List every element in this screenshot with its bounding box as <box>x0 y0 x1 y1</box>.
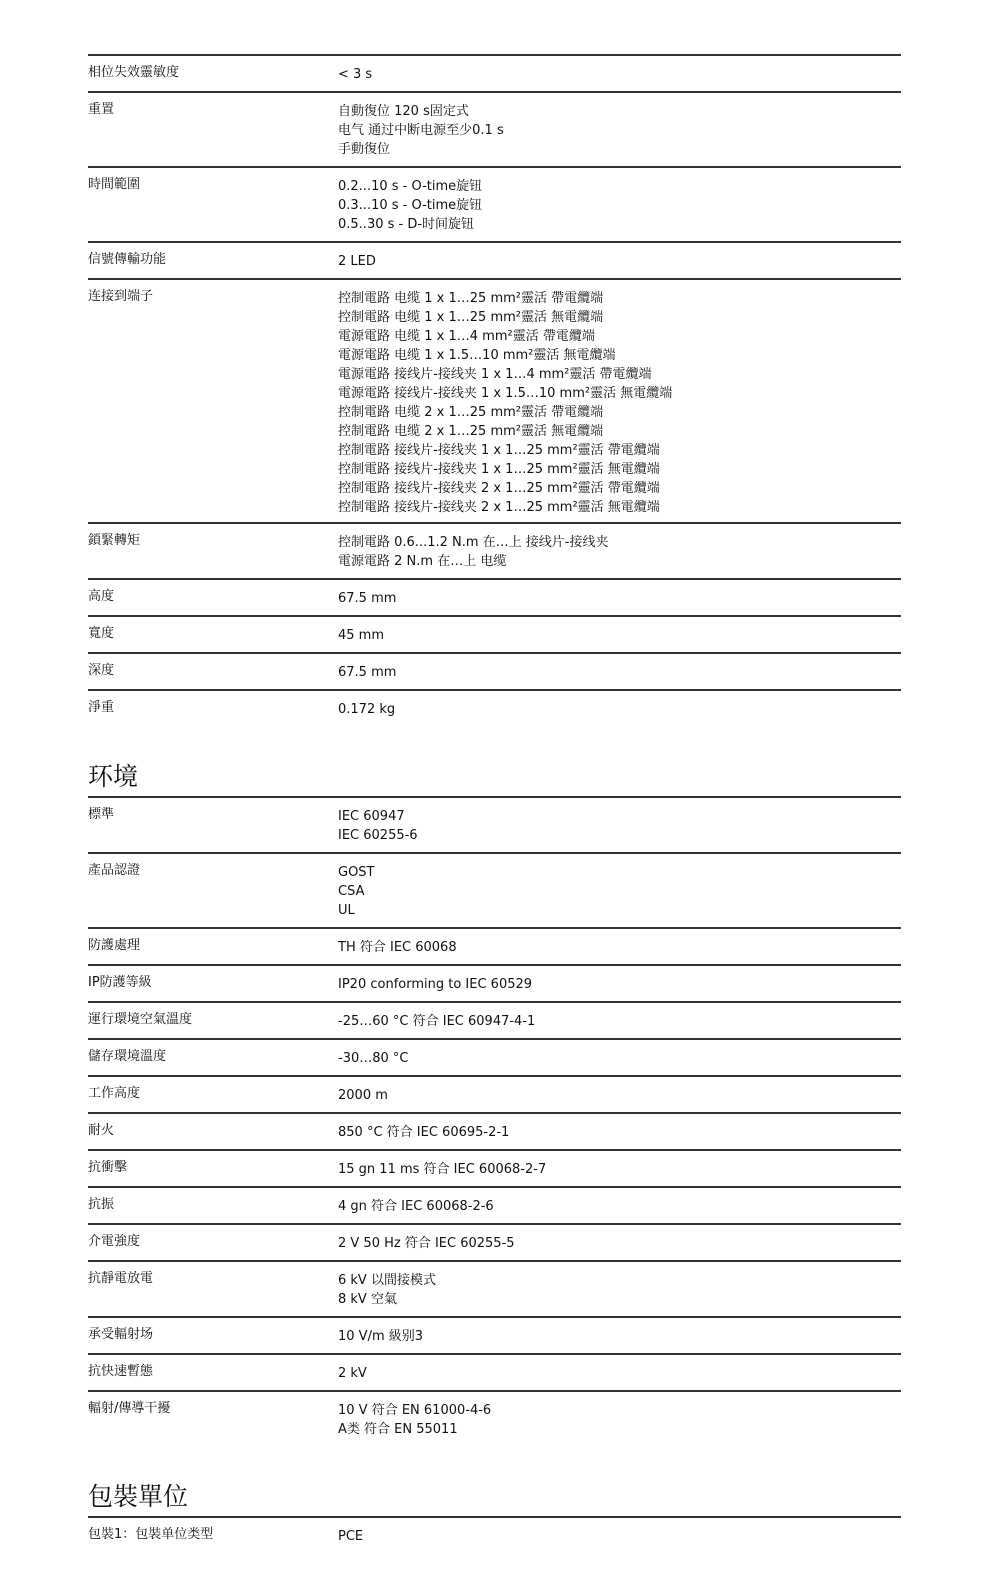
spec-value: TH 符合 IEC 60068 <box>338 936 457 957</box>
spec-value-line: 0.172 kg <box>338 700 395 719</box>
spec-value-line: 0.2...10 s - O-time旋钮 <box>338 177 482 196</box>
spec-label: 抗快速暫態 <box>88 1362 338 1383</box>
spec-label: 耐火 <box>88 1121 338 1142</box>
spec-value: 2000 m <box>338 1084 388 1105</box>
spec-value: 0.172 kg <box>338 698 395 719</box>
spec-row: 標準IEC 60947IEC 60255-6 <box>88 796 901 852</box>
spec-value-line: 67.5 mm <box>338 589 396 608</box>
spec-label: IP防護等級 <box>88 973 338 994</box>
spec-value: 6 kV 以間接模式8 kV 空氣 <box>338 1269 436 1309</box>
spec-value-line: 控制電路 0.6...1.2 N.m 在…上 接线片-接线夹 <box>338 533 609 552</box>
section-title: 环境 <box>88 762 901 792</box>
spec-value-line: 电气 通过中断电源至少0.1 s <box>338 121 504 140</box>
spec-row: 信號傳輸功能2 LED <box>88 241 901 278</box>
spec-label: 深度 <box>88 661 338 682</box>
spec-value: 控制電路 电缆 1 x 1…25 mm²靈活 帶電纜端控制電路 电缆 1 x 1… <box>338 287 672 515</box>
spec-label: 介電強度 <box>88 1232 338 1253</box>
spec-label: 抗靜電放電 <box>88 1269 338 1309</box>
spec-value-line: GOST <box>338 863 375 882</box>
spec-value-line: 15 gn 11 ms 符合 IEC 60068-2-7 <box>338 1160 546 1179</box>
spec-value-line: 0.3...10 s - O-time旋钮 <box>338 196 482 215</box>
spec-value-line: 自動復位 120 s固定式 <box>338 102 504 121</box>
spec-value-line: TH 符合 IEC 60068 <box>338 938 457 957</box>
spec-label: 鎖緊轉矩 <box>88 531 338 571</box>
spec-value-line: 控制電路 接线片-接线夹 1 x 1…25 mm²靈活 無電纜端 <box>338 460 672 479</box>
spec-row: 介電強度2 V 50 Hz 符合 IEC 60255-5 <box>88 1223 901 1260</box>
spec-document: 相位失效靈敏度< 3 s重置自動復位 120 s固定式电气 通过中断电源至少0.… <box>88 54 901 1553</box>
spec-row: 连接到端子控制電路 电缆 1 x 1…25 mm²靈活 帶電纜端控制電路 电缆 … <box>88 278 901 522</box>
spec-row: 寬度45 mm <box>88 615 901 652</box>
spec-value: 控制電路 0.6...1.2 N.m 在…上 接线片-接线夹電源電路 2 N.m… <box>338 531 609 571</box>
spec-value: -30…80 °C <box>338 1047 408 1068</box>
spec-label: 工作高度 <box>88 1084 338 1105</box>
spec-row: 淨重0.172 kg <box>88 689 901 726</box>
spec-value: 67.5 mm <box>338 587 396 608</box>
spec-value: 2 LED <box>338 250 376 271</box>
spec-value-line: 2 V 50 Hz 符合 IEC 60255-5 <box>338 1234 515 1253</box>
spec-value: 自動復位 120 s固定式电气 通过中断电源至少0.1 s手動復位 <box>338 100 504 159</box>
spec-value-line: 控制電路 接线片-接线夹 2 x 1…25 mm²靈活 無電纜端 <box>338 498 672 517</box>
spec-value: 2 kV <box>338 1362 367 1383</box>
spec-value-line: 8 kV 空氣 <box>338 1290 436 1309</box>
spec-row: 包裝1：包裝单位类型PCE <box>88 1516 901 1553</box>
spec-value-line: -30…80 °C <box>338 1049 408 1068</box>
spec-row: 耐火850 °C 符合 IEC 60695-2-1 <box>88 1112 901 1149</box>
spec-value: 10 V 符合 EN 61000-4-6A类 符合 EN 55011 <box>338 1399 491 1439</box>
spec-label: 包裝1：包裝单位类型 <box>88 1525 338 1546</box>
spec-value-line: 手動復位 <box>338 140 504 159</box>
spec-value-line: 10 V/m 級别3 <box>338 1327 423 1346</box>
spec-value-line: PCE <box>338 1527 363 1546</box>
spec-value: -25…60 °C 符合 IEC 60947-4-1 <box>338 1010 535 1031</box>
spec-row: 相位失效靈敏度< 3 s <box>88 54 901 91</box>
spec-value-line: 控制電路 电缆 1 x 1…25 mm²靈活 無電纜端 <box>338 308 672 327</box>
spec-row: IP防護等級IP20 conforming to IEC 60529 <box>88 964 901 1001</box>
spec-section: 包裝單位包裝1：包裝单位类型PCE <box>88 1482 901 1553</box>
spec-value-line: 850 °C 符合 IEC 60695-2-1 <box>338 1123 509 1142</box>
spec-value: 2 V 50 Hz 符合 IEC 60255-5 <box>338 1232 515 1253</box>
spec-value-line: 電源電路 接线片-接线夹 1 x 1.5…10 mm²靈活 無電纜端 <box>338 384 672 403</box>
spec-value: 10 V/m 級别3 <box>338 1325 423 1346</box>
spec-row: 高度67.5 mm <box>88 578 901 615</box>
spec-value-line: 控制電路 电缆 1 x 1…25 mm²靈活 帶電纜端 <box>338 289 672 308</box>
spec-value-line: IP20 conforming to IEC 60529 <box>338 975 532 994</box>
spec-value-line: 45 mm <box>338 626 384 645</box>
spec-row: 深度67.5 mm <box>88 652 901 689</box>
spec-row: 重置自動復位 120 s固定式电气 通过中断电源至少0.1 s手動復位 <box>88 91 901 166</box>
spec-label: 抗振 <box>88 1195 338 1216</box>
spec-label: 產品認證 <box>88 861 338 920</box>
spec-value-line: 控制電路 接线片-接线夹 1 x 1…25 mm²靈活 帶電纜端 <box>338 441 672 460</box>
spec-value: PCE <box>338 1525 363 1546</box>
spec-value-line: 電源電路 接线片-接线夹 1 x 1…4 mm²靈活 帶電纜端 <box>338 365 672 384</box>
spec-value: IP20 conforming to IEC 60529 <box>338 973 532 994</box>
spec-row: 輻射/傳導干擾10 V 符合 EN 61000-4-6A类 符合 EN 5501… <box>88 1390 901 1446</box>
spec-row: 運行環境空氣溫度-25…60 °C 符合 IEC 60947-4-1 <box>88 1001 901 1038</box>
spec-value-line: 2 kV <box>338 1364 367 1383</box>
spec-value-line: 電源電路 电缆 1 x 1.5…10 mm²靈活 無電纜端 <box>338 346 672 365</box>
spec-row: 時間範圍0.2...10 s - O-time旋钮0.3...10 s - O-… <box>88 166 901 241</box>
spec-row: 儲存環境溫度-30…80 °C <box>88 1038 901 1075</box>
spec-value-line: 2 LED <box>338 252 376 271</box>
spec-value-line: 10 V 符合 EN 61000-4-6 <box>338 1401 491 1420</box>
spec-value-line: -25…60 °C 符合 IEC 60947-4-1 <box>338 1012 535 1031</box>
spec-value-line: 2000 m <box>338 1086 388 1105</box>
spec-value-line: < 3 s <box>338 65 372 84</box>
spec-value-line: 67.5 mm <box>338 663 396 682</box>
spec-value: GOSTCSAUL <box>338 861 375 920</box>
spec-label: 時間範圍 <box>88 175 338 234</box>
spec-section: 环境標準IEC 60947IEC 60255-6產品認證GOSTCSAUL防護處… <box>88 762 901 1446</box>
spec-label: 淨重 <box>88 698 338 719</box>
spec-label: 寬度 <box>88 624 338 645</box>
spec-label: 承受輻射场 <box>88 1325 338 1346</box>
spec-value-line: 0.5..30 s - D-时间旋钮 <box>338 215 482 234</box>
spec-value-line: CSA <box>338 882 375 901</box>
spec-row: 產品認證GOSTCSAUL <box>88 852 901 927</box>
spec-value: 4 gn 符合 IEC 60068-2-6 <box>338 1195 494 1216</box>
spec-value-line: 控制電路 电缆 2 x 1…25 mm²靈活 帶電纜端 <box>338 403 672 422</box>
spec-label: 運行環境空氣溫度 <box>88 1010 338 1031</box>
spec-label: 抗衝擊 <box>88 1158 338 1179</box>
spec-value-line: IEC 60947 <box>338 807 418 826</box>
section-title: 包裝單位 <box>88 1482 901 1512</box>
spec-label: 防護處理 <box>88 936 338 957</box>
spec-row: 抗振4 gn 符合 IEC 60068-2-6 <box>88 1186 901 1223</box>
spec-row: 抗靜電放電6 kV 以間接模式8 kV 空氣 <box>88 1260 901 1316</box>
spec-value-line: 電源電路 2 N.m 在…上 电缆 <box>338 552 609 571</box>
spec-value-line: A类 符合 EN 55011 <box>338 1420 491 1439</box>
spec-value-line: 控制電路 接线片-接线夹 2 x 1…25 mm²靈活 帶電纜端 <box>338 479 672 498</box>
spec-value-line: 控制電路 电缆 2 x 1…25 mm²靈活 無電纜端 <box>338 422 672 441</box>
spec-row: 抗快速暫態2 kV <box>88 1353 901 1390</box>
spec-row: 鎖緊轉矩控制電路 0.6...1.2 N.m 在…上 接线片-接线夹電源電路 2… <box>88 522 901 578</box>
spec-label: 连接到端子 <box>88 287 338 515</box>
spec-value-line: 4 gn 符合 IEC 60068-2-6 <box>338 1197 494 1216</box>
spec-value: 45 mm <box>338 624 384 645</box>
spec-row: 工作高度2000 m <box>88 1075 901 1112</box>
spec-label: 高度 <box>88 587 338 608</box>
spec-value: 0.2...10 s - O-time旋钮0.3...10 s - O-time… <box>338 175 482 234</box>
spec-label: 儲存環境溫度 <box>88 1047 338 1068</box>
spec-value-line: UL <box>338 901 375 920</box>
spec-row: 防護處理TH 符合 IEC 60068 <box>88 927 901 964</box>
spec-value-line: 電源電路 电缆 1 x 1…4 mm²靈活 帶電纜端 <box>338 327 672 346</box>
spec-value: 15 gn 11 ms 符合 IEC 60068-2-7 <box>338 1158 546 1179</box>
spec-row: 承受輻射场10 V/m 級别3 <box>88 1316 901 1353</box>
spec-label: 重置 <box>88 100 338 159</box>
spec-label: 標準 <box>88 805 338 845</box>
spec-row: 抗衝擊15 gn 11 ms 符合 IEC 60068-2-7 <box>88 1149 901 1186</box>
spec-label: 信號傳輸功能 <box>88 250 338 271</box>
spec-value-line: 6 kV 以間接模式 <box>338 1271 436 1290</box>
spec-value: < 3 s <box>338 63 372 84</box>
spec-value: IEC 60947IEC 60255-6 <box>338 805 418 845</box>
spec-label: 相位失效靈敏度 <box>88 63 338 84</box>
spec-section: 相位失效靈敏度< 3 s重置自動復位 120 s固定式电气 通过中断电源至少0.… <box>88 54 901 726</box>
spec-value: 67.5 mm <box>338 661 396 682</box>
spec-label: 輻射/傳導干擾 <box>88 1399 338 1439</box>
spec-value-line: IEC 60255-6 <box>338 826 418 845</box>
spec-value: 850 °C 符合 IEC 60695-2-1 <box>338 1121 509 1142</box>
